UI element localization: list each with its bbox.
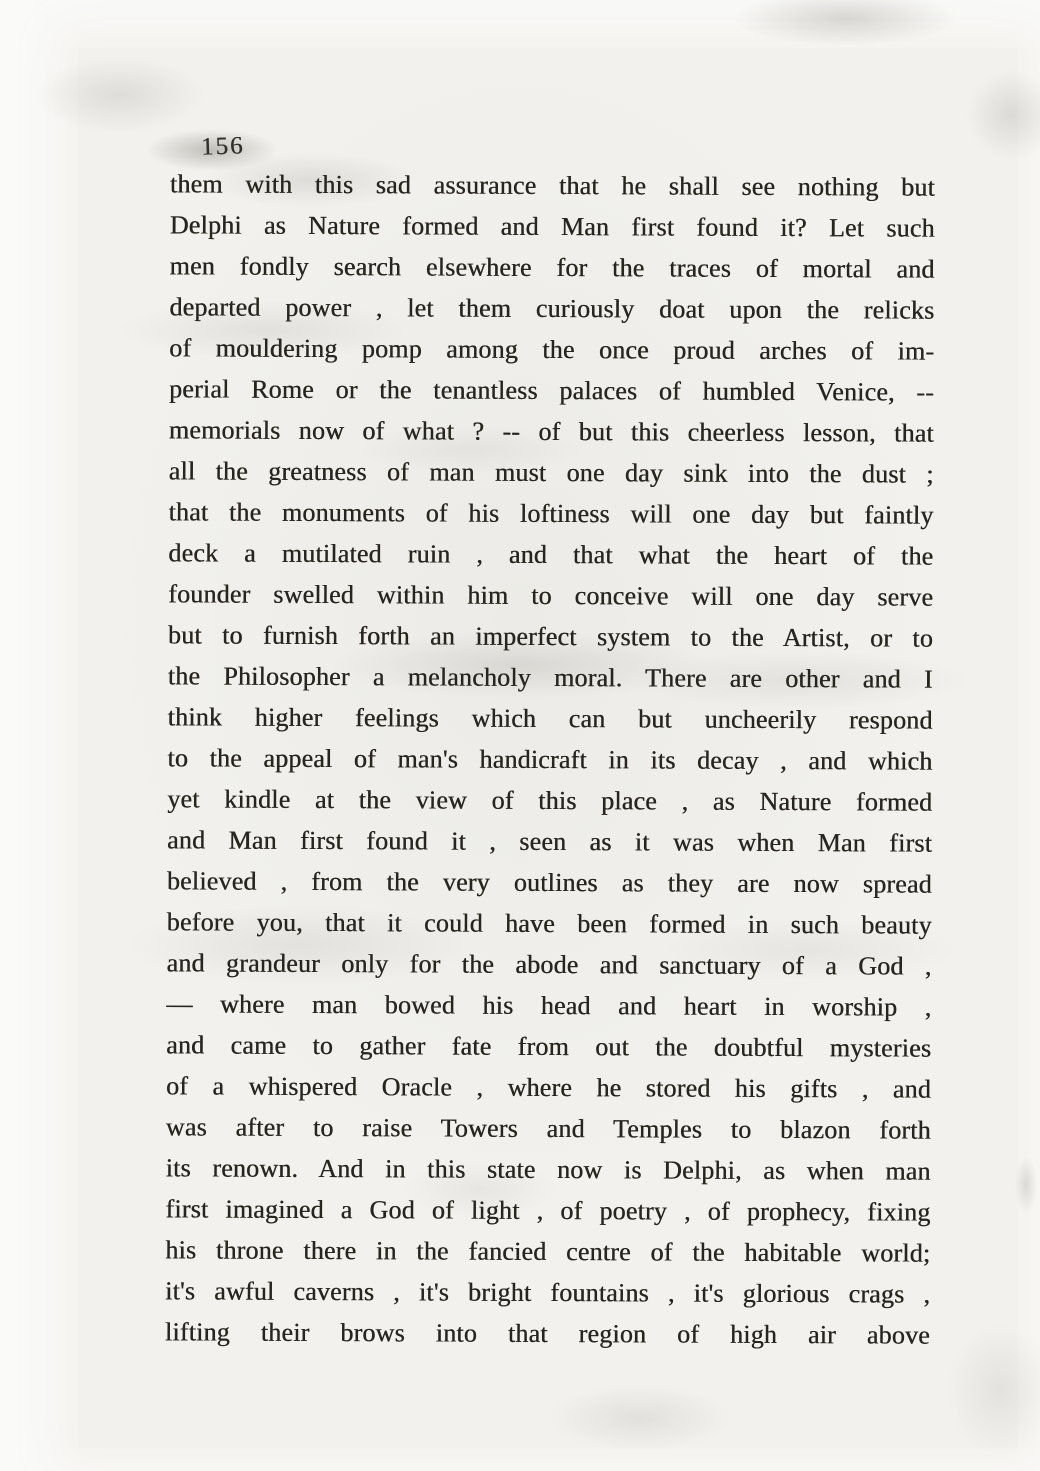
text-line: and Man first found it , seen as it was … (167, 819, 932, 863)
text-line: it's awful caverns , it's bright fountai… (165, 1270, 930, 1314)
text-line: lifting their brows into that region of … (165, 1311, 930, 1355)
text-line: of a whispered Oracle , where he stored … (166, 1065, 931, 1109)
page-number: 156 (201, 132, 245, 162)
text-line: them with this sad assurance that he sha… (170, 163, 935, 207)
text-line: Delphi as Nature formed and Man first fo… (170, 204, 935, 248)
text-line: men fondly search elsewhere for the trac… (169, 245, 934, 289)
text-line: but to furnish forth an imperfect system… (168, 614, 933, 658)
body-text: them with this sad assurance that he sha… (165, 163, 935, 1355)
scanned-book-page: 156 them with this sad assurance that he… (0, 0, 1040, 1471)
text-line: yet kindle at the view of this place , a… (167, 778, 932, 822)
text-line: memorials now of what ? -- of but this c… (169, 409, 934, 453)
text-line: departed power , let them curiously doat… (169, 286, 934, 330)
text-line: and came to gather fate from out the dou… (166, 1024, 931, 1068)
text-line: first imagined a God of light , of poetr… (165, 1188, 930, 1232)
text-line: and grandeur only for the abode and sanc… (166, 942, 931, 986)
text-line: before you, that it could have been form… (167, 901, 932, 945)
text-line: think higher feelings which can but unch… (167, 696, 932, 740)
text-line: believed , from the very outlines as the… (167, 860, 932, 904)
text-line: of mouldering pomp among the once proud … (169, 327, 934, 371)
text-line: — where man bowed his head and heart in … (166, 983, 931, 1027)
text-line: founder swelled within him to conceive w… (168, 573, 933, 617)
text-line: was after to raise Towers and Temples to… (166, 1106, 931, 1150)
text-line: all the greatness of man must one day si… (169, 450, 934, 494)
text-line: to the appeal of man's handicraft in its… (167, 737, 932, 781)
text-line: that the monuments of his loftiness will… (168, 491, 933, 535)
text-line: perial Rome or the tenantless palaces of… (169, 368, 934, 412)
text-line: deck a mutilated ruin , and that what th… (168, 532, 933, 576)
text-line: the Philosopher a melancholy moral. Ther… (168, 655, 933, 699)
text-line: its renown. And in this state now is Del… (166, 1147, 931, 1191)
text-line: his throne there in the fancied centre o… (165, 1229, 930, 1273)
